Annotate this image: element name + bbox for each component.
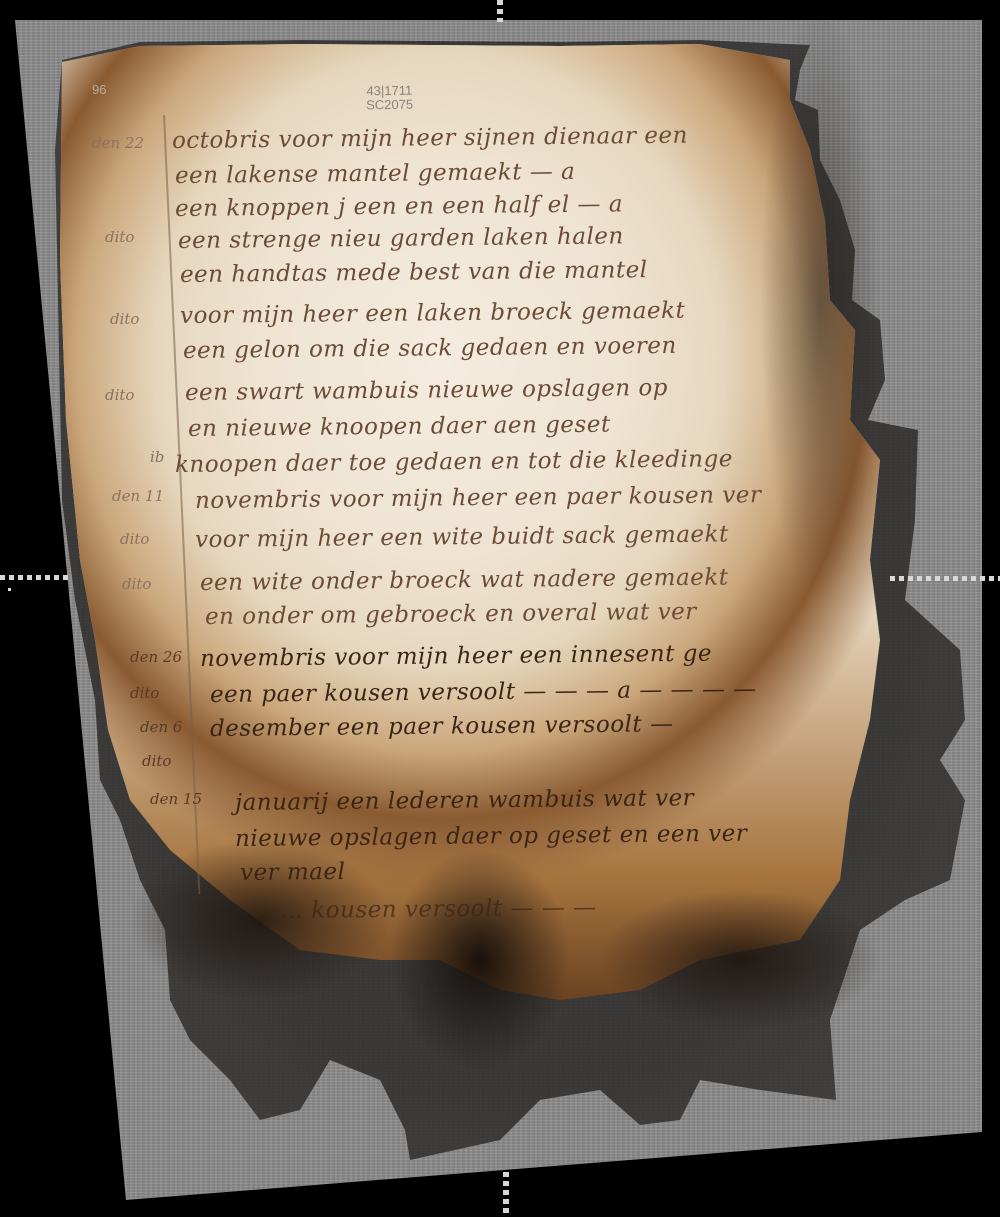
registration-mark-right <box>890 576 1000 581</box>
manuscript-line: januarij een lederen wambuis wat ver <box>235 785 694 816</box>
margin-note: den 6 <box>140 718 182 736</box>
margin-note: den 15 <box>150 790 202 808</box>
registration-mark-top <box>497 0 503 22</box>
manuscript-line: voor mijn heer een laken broeck gemaekt <box>180 298 686 329</box>
manuscript-line: een knoppen j een en een half el — a <box>175 191 623 222</box>
manuscript-line: … kousen versoolt — — — <box>280 895 597 924</box>
manuscript-line: novembris voor mijn heer een innesent ge <box>200 641 712 672</box>
margin-note: dito <box>130 684 159 702</box>
registration-mark-left <box>0 575 72 580</box>
margin-note: ib <box>150 448 164 466</box>
manuscript-line: nieuwe opslagen daer op geset en een ver <box>235 821 748 852</box>
margin-note: dito <box>105 386 134 404</box>
margin-note: dito <box>142 752 171 770</box>
manuscript-line: desember een paer kousen versoolt — <box>210 711 674 742</box>
manuscript-line: en onder om gebroeck en overal wat ver <box>205 599 697 630</box>
archive-reference-stamp: 43|1711 SC2075 <box>366 84 413 113</box>
margin-note: den 11 <box>112 487 164 505</box>
manuscript-line: een swart wambuis nieuwe opslagen op <box>185 375 668 406</box>
registration-dot <box>8 588 11 591</box>
folio-number: 96 <box>92 82 106 97</box>
manuscript-line: een strenge nieu garden laken halen <box>178 223 624 254</box>
manuscript-line: ver mael <box>240 859 346 886</box>
registration-mark-bottom <box>503 1172 509 1217</box>
manuscript-line: een wite onder broeck wat nadere gemaekt <box>200 564 729 596</box>
manuscript-line: en nieuwe knoopen daer aen geset <box>188 412 611 442</box>
margin-note: dito <box>122 575 151 593</box>
manuscript-line: octobris voor mijn heer sijnen dienaar e… <box>172 123 688 154</box>
archive-reference-line2: SC2075 <box>366 98 413 113</box>
manuscript-line: een lakense mantel gemaekt — a <box>175 159 576 189</box>
margin-note: den 22 <box>92 134 144 152</box>
margin-note: dito <box>105 228 134 246</box>
margin-note: den 26 <box>130 648 182 666</box>
manuscript-line: een gelon om die sack gedaen en voeren <box>183 333 677 364</box>
margin-note: dito <box>120 530 149 548</box>
margin-note: dito <box>110 310 139 328</box>
manuscript-line: een handtas mede best van die mantel <box>180 257 648 288</box>
